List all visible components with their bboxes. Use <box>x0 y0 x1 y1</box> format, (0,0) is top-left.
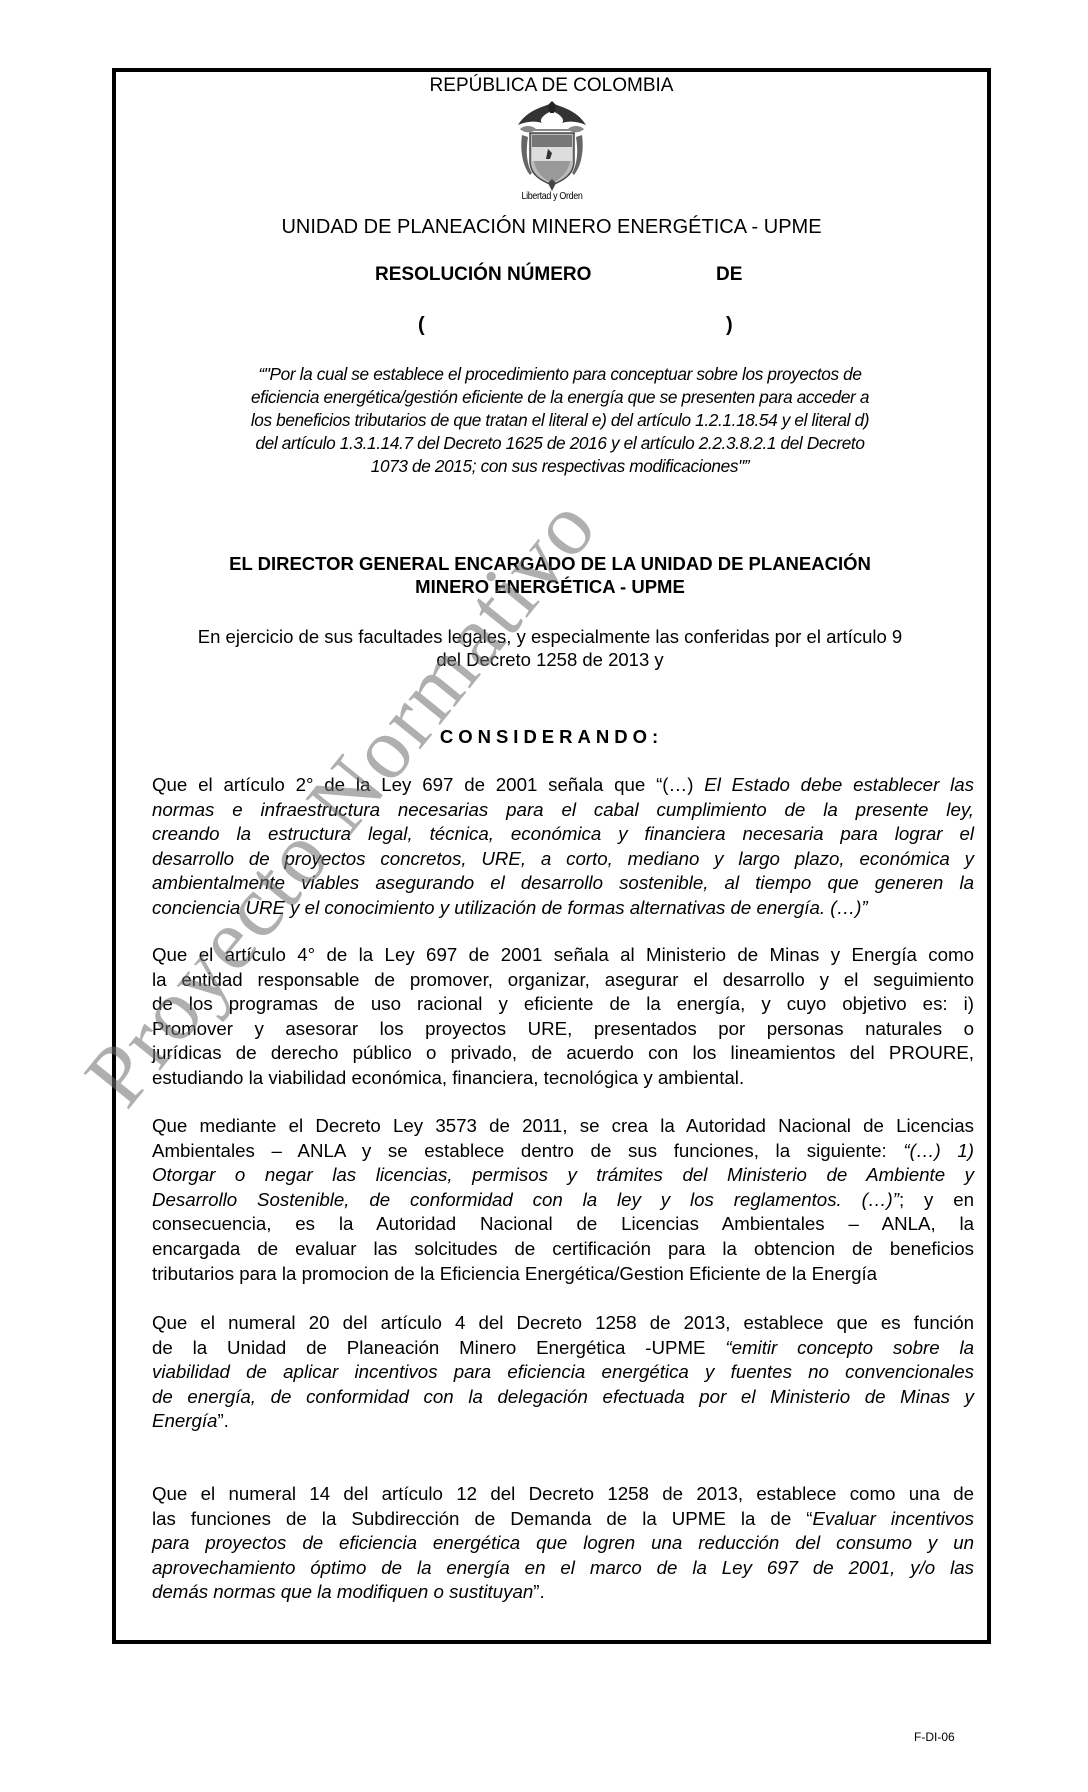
quoted-text: Energía <box>152 1410 217 1431</box>
paragraph-line: demás normas que la modifiquen o sustitu… <box>152 1580 974 1605</box>
powers-line: del Decreto 1258 de 2013 y <box>140 648 960 671</box>
body-text: jurídicas de derecho público o privado, … <box>152 1042 974 1063</box>
paragraph-line: encargada de evaluar las solcitudes de c… <box>152 1237 974 1262</box>
paragraph-line: para proyectos de eficiencia energética … <box>152 1531 974 1556</box>
quoted-text: normas e infraestructura necesarias para… <box>152 799 974 820</box>
body-text: Que mediante el Decreto Ley 3573 de 2011… <box>152 1115 974 1136</box>
quoted-text: viabilidad de aplicar incentivos para ef… <box>152 1361 974 1382</box>
paragraph-line: Que mediante el Decreto Ley 3573 de 2011… <box>152 1114 974 1139</box>
title-line: los beneficios tributarios de que tratan… <box>180 409 940 432</box>
body-text: ; y en <box>899 1189 974 1210</box>
paragraph-line: de los programas de uso racional y efici… <box>152 992 974 1017</box>
paragraph-line: Ambientales – ANLA y se establece dentro… <box>152 1139 974 1164</box>
body-text: Que el numeral 20 del artículo 4 del Dec… <box>152 1312 974 1333</box>
powers-line: En ejercicio de sus facultades legales, … <box>140 625 960 648</box>
body-text: Que el artículo 4° de la Ley 697 de 2001… <box>152 944 974 965</box>
paragraph-line: viabilidad de aplicar incentivos para ef… <box>152 1360 974 1385</box>
paragraph-line: de la Unidad de Planeación Minero Energé… <box>152 1336 974 1361</box>
paragraph-line: Que el artículo 4° de la Ley 697 de 2001… <box>152 943 974 968</box>
quoted-text: “emitir concepto sobre la <box>725 1337 974 1358</box>
considerando-paragraph: Que el numeral 14 del artículo 12 del De… <box>152 1482 974 1605</box>
quoted-text: Otorgar o negar las licencias, permisos … <box>152 1164 974 1185</box>
colombia-coat-of-arms-icon <box>514 99 590 191</box>
director-heading: EL DIRECTOR GENERAL ENCARGADO DE LA UNID… <box>150 552 950 598</box>
title-line: del artículo 1.3.1.14.7 del Decreto 1625… <box>180 432 940 455</box>
title-line: eficiencia energética/gestión eficiente … <box>180 386 940 409</box>
quoted-text: de energía, de conformidad con la delega… <box>152 1386 974 1407</box>
quoted-text: ambientalmente viables asegurando el des… <box>152 872 974 893</box>
paragraph-line: creando la estructura legal, técnica, ec… <box>152 822 974 847</box>
quoted-text: creando la estructura legal, técnica, ec… <box>152 823 974 844</box>
paragraph-line: normas e infraestructura necesarias para… <box>152 798 974 823</box>
paragraph-line: ambientalmente viables asegurando el des… <box>152 871 974 896</box>
body-text: consecuencia, es la Autoridad Nacional d… <box>152 1213 974 1234</box>
body-text: ”. <box>533 1581 544 1602</box>
paragraph-line: aprovechamiento óptimo de la energía en … <box>152 1556 974 1581</box>
considerando-heading: CONSIDERANDO: <box>112 726 991 748</box>
body-text: Ambientales – ANLA y se establece dentro… <box>152 1140 903 1161</box>
resolution-title: “"Por la cual se establece el procedimie… <box>180 363 940 478</box>
title-line: 1073 de 2015; con sus respectivas modifi… <box>180 455 940 478</box>
date-paren-close: ) <box>726 314 733 337</box>
legal-powers-statement: En ejercicio de sus facultades legales, … <box>140 625 960 671</box>
body-text: Que el artículo 2° de la Ley 697 de 2001… <box>152 774 704 795</box>
quoted-text: Evaluar incentivos <box>813 1508 975 1529</box>
quoted-text: “(…) 1) <box>903 1140 974 1161</box>
director-heading-line: MINERO ENERGÉTICA - UPME <box>150 575 950 598</box>
paragraph-line: las funciones de la Subdirección de Dema… <box>152 1507 974 1532</box>
body-text: de la Unidad de Planeación Minero Energé… <box>152 1337 725 1358</box>
body-text: estudiando la viabilidad económica, fina… <box>152 1067 744 1088</box>
paragraph-line: jurídicas de derecho público o privado, … <box>152 1041 974 1066</box>
quoted-text: El Estado debe establecer las <box>704 774 974 795</box>
date-paren-open: ( <box>418 314 425 337</box>
quoted-text: desarrollo de proyectos concretos, URE, … <box>152 848 974 869</box>
paragraph-line: desarrollo de proyectos concretos, URE, … <box>152 847 974 872</box>
body-text: ”. <box>217 1410 228 1431</box>
paragraph-line: la entidad responsable de promover, orga… <box>152 968 974 993</box>
paragraph-line: Que el numeral 20 del artículo 4 del Dec… <box>152 1311 974 1336</box>
quoted-text: aprovechamiento óptimo de la energía en … <box>152 1557 974 1578</box>
resolution-date-label: DE <box>716 264 742 286</box>
body-text: la entidad responsable de promover, orga… <box>152 969 974 990</box>
entity-heading: UNIDAD DE PLANEACIÓN MINERO ENERGÉTICA -… <box>112 216 991 239</box>
quoted-text: para proyectos de eficiencia energética … <box>152 1532 974 1553</box>
body-text: las funciones de la Subdirección de Dema… <box>152 1508 813 1529</box>
resolution-number-label: RESOLUCIÓN NÚMERO <box>375 264 591 286</box>
considerando-paragraph: Que mediante el Decreto Ley 3573 de 2011… <box>152 1114 974 1286</box>
body-text: tributarios para la promocion de la Efic… <box>152 1263 877 1284</box>
paragraph-line: Que el artículo 2° de la Ley 697 de 2001… <box>152 773 974 798</box>
title-line: “"Por la cual se establece el procedimie… <box>180 363 940 386</box>
quoted-text: demás normas que la modifiquen o sustitu… <box>152 1581 533 1602</box>
quoted-text: conciencia URE y el conocimiento y utili… <box>152 897 868 918</box>
considerando-paragraph: Que el artículo 4° de la Ley 697 de 2001… <box>152 943 974 1091</box>
paragraph-line: Promover y asesorar los proyectos URE, p… <box>152 1017 974 1042</box>
body-text: encargada de evaluar las solcitudes de c… <box>152 1238 974 1259</box>
body-text: de los programas de uso racional y efici… <box>152 993 974 1014</box>
paragraph-line: Que el numeral 14 del artículo 12 del De… <box>152 1482 974 1507</box>
paragraph-line: Desarrollo Sostenible, de conformidad co… <box>152 1188 974 1213</box>
body-text: Promover y asesorar los proyectos URE, p… <box>152 1018 974 1039</box>
quoted-text: Desarrollo Sostenible, de conformidad co… <box>152 1189 899 1210</box>
paragraph-line: Energía”. <box>152 1409 974 1434</box>
paragraph-line: consecuencia, es la Autoridad Nacional d… <box>152 1212 974 1237</box>
paragraph-line: tributarios para la promocion de la Efic… <box>152 1262 974 1287</box>
paragraph-line: Otorgar o negar las licencias, permisos … <box>152 1163 974 1188</box>
paragraph-line: conciencia URE y el conocimiento y utili… <box>152 896 974 921</box>
body-text: Que el numeral 14 del artículo 12 del De… <box>152 1483 974 1504</box>
country-heading: REPÚBLICA DE COLOMBIA <box>112 75 991 97</box>
motto-text: Libertad y Orden <box>508 190 596 202</box>
considerando-paragraph: Que el numeral 20 del artículo 4 del Dec… <box>152 1311 974 1434</box>
paragraph-line: de energía, de conformidad con la delega… <box>152 1385 974 1410</box>
director-heading-line: EL DIRECTOR GENERAL ENCARGADO DE LA UNID… <box>150 552 950 575</box>
paragraph-line: estudiando la viabilidad económica, fina… <box>152 1066 974 1091</box>
considerando-paragraph: Que el artículo 2° de la Ley 697 de 2001… <box>152 773 974 921</box>
form-code: F-DI-06 <box>914 1730 955 1744</box>
